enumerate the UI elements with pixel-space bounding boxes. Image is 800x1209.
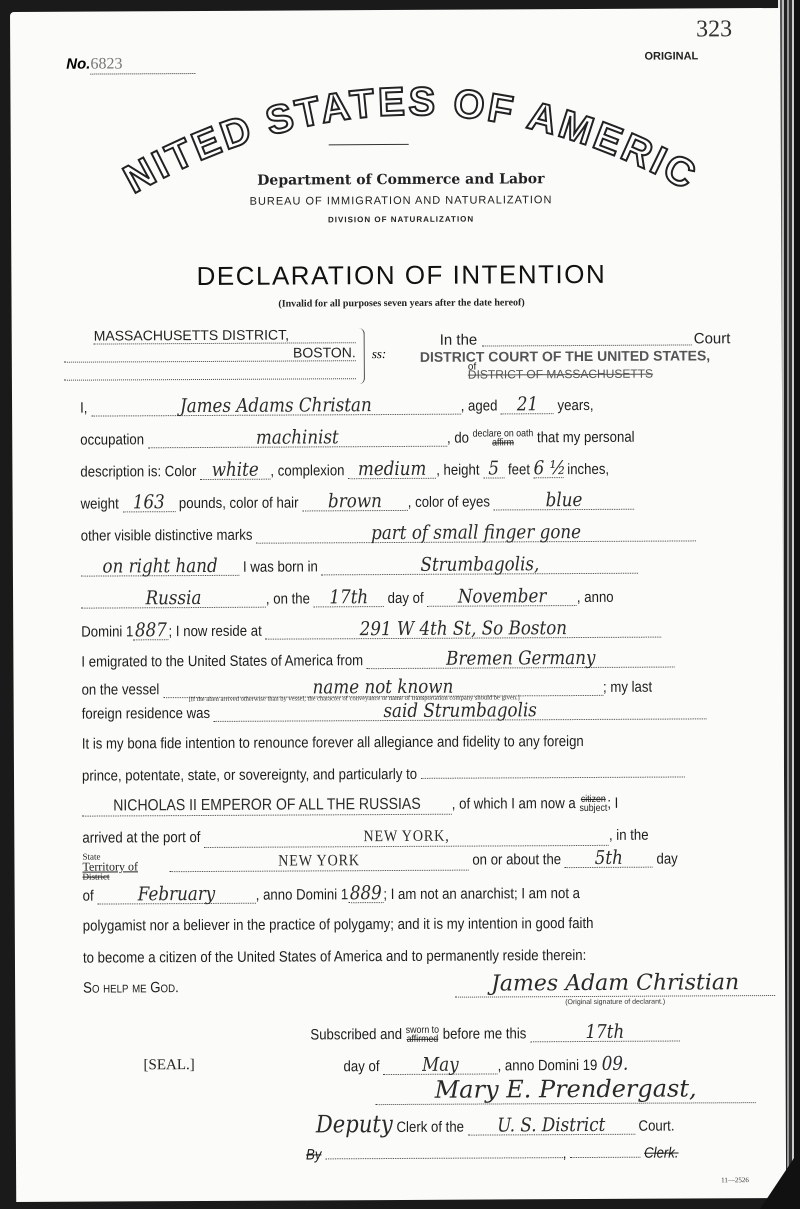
form-title: DECLARATION OF INTENTION xyxy=(11,258,791,293)
signature-caption: (Original signature of declarant.) xyxy=(455,998,775,1007)
state-field: NEW YORK xyxy=(169,852,468,873)
line-allegiance-2: prince, potentate, state, or sovereignty… xyxy=(82,765,680,785)
sovereign-field: NICHOLAS II EMPEROR OF ALL THE RUSSIAS xyxy=(82,796,452,817)
marks-field-1: part of small finger gone xyxy=(256,522,696,543)
occupation-field: machinist xyxy=(148,428,447,449)
line-by: By , Clerk. xyxy=(306,1144,711,1163)
hair-color-field: brown xyxy=(302,492,408,512)
line-born: on right hand I was born in Strumbagolis… xyxy=(81,555,679,577)
form-number: 11—2526 xyxy=(721,1176,749,1184)
arrival-day-field: 5th xyxy=(565,849,653,868)
line-arrival-date: of February, anno Domini 1889; I am not … xyxy=(83,882,681,904)
emigrated-from-field: Bremen Germany xyxy=(367,649,675,670)
clerk-signature: Mary E. Prendergast, xyxy=(376,1074,756,1105)
line-weight: weight 163 pounds, color of hair brown, … xyxy=(81,491,679,513)
clerk-blank-field xyxy=(570,1157,640,1158)
birthplace-field-2: Russia xyxy=(81,589,266,609)
ss-label: ss: xyxy=(372,346,387,362)
venue-district: MASSACHUSETTS DISTRICT, xyxy=(94,326,356,344)
line-port: arrived at the port of NEW YORK,, in the xyxy=(82,826,680,848)
height-inches-field: 6 ½ xyxy=(534,459,564,478)
line-emigrated: I emigrated to the United States of Amer… xyxy=(81,649,679,671)
birthplace-field-1: Strumbagolis, xyxy=(321,555,638,576)
line-allegiance-1: It is my bona fide intention to renounce… xyxy=(82,733,680,753)
document-page: 323 ORIGINAL No.6823 UNITED STATES OF AM… xyxy=(10,8,786,1202)
port-field: NEW YORK, xyxy=(204,827,609,848)
weight-field: 163 xyxy=(122,493,175,512)
age-field: 21 xyxy=(501,395,554,414)
deputy-handwritten: Deputy xyxy=(316,1110,393,1138)
page-number: 323 xyxy=(696,16,732,43)
height-feet-field: 5 xyxy=(483,459,504,478)
sovereign-blank xyxy=(421,776,685,778)
birth-year-field: 887 xyxy=(133,621,168,640)
line-state: NEW YORK on or about the 5th day xyxy=(169,848,697,872)
birth-month-field: November xyxy=(427,587,577,607)
arrival-month-field: February xyxy=(97,885,255,905)
line-description: description is: Color white, complexion … xyxy=(80,459,678,481)
line-subscribed: Subscribed and sworn toaffirmed before m… xyxy=(310,1022,715,1044)
sworn-month-field: May xyxy=(383,1055,497,1075)
page-corner-shadow xyxy=(760,1149,800,1209)
in-the-label: In the xyxy=(440,332,478,349)
court-stamp-1: DISTRICT COURT OF THE UNITED STATES, xyxy=(420,347,710,365)
color-field: white xyxy=(200,461,270,480)
marks-field-2: on right hand xyxy=(81,557,239,577)
declarant-signature: James Adam Christian xyxy=(455,970,775,998)
venue-city: BOSTON. xyxy=(64,344,356,363)
line-clerk-of-court: Deputy Clerk of the U. S. District Court… xyxy=(316,1108,721,1138)
line-name: I, James Adams Christan, aged 21 years, xyxy=(80,395,678,417)
court-stamp-2: DISTRICT OF MASSACHUSETTS xyxy=(468,367,653,382)
birth-day-field: 17th xyxy=(314,588,384,607)
line-foreign-residence: foreign residence was said Strumbagolis xyxy=(82,701,680,723)
line-residence: Domini 1887; I now reside at 291 W 4th S… xyxy=(81,619,679,641)
no-label: No. xyxy=(66,56,90,73)
line-polygamist: polygamist nor a believer in the practic… xyxy=(83,914,681,934)
state-territory-district-labels: State Territory of District xyxy=(82,851,138,881)
original-label: ORIGINAL xyxy=(644,50,698,62)
venue-brace xyxy=(356,328,365,384)
masthead-arc-title: UNITED STATES OF AMERICA xyxy=(110,68,711,211)
by-field xyxy=(325,1157,563,1159)
eye-color-field: blue xyxy=(494,491,635,511)
line-birthdate: Russia, on the 17th day of November, ann… xyxy=(81,587,679,609)
line-sovereign: NICHOLAS II EMPEROR OF ALL THE RUSSIAS, … xyxy=(82,795,680,817)
line-day-of: day of May, anno Domini 1909. xyxy=(343,1054,713,1075)
complexion-field: medium xyxy=(348,460,436,479)
sworn-day-field: 17th xyxy=(530,1023,680,1043)
court-name-field: U. S. District xyxy=(468,1116,635,1136)
division-name: DIVISION OF NATURALIZATION xyxy=(11,213,791,226)
line-citizen: to become a citizen of the United States… xyxy=(83,946,681,966)
seal-label: [SEAL.] xyxy=(143,1057,194,1074)
declarant-name-field: James Adams Christan xyxy=(91,396,461,417)
court-line xyxy=(482,344,692,346)
line-marks: other visible distinctive marks part of … xyxy=(81,523,679,545)
line-occupation: occupation machinist, do declare on oath… xyxy=(80,427,678,450)
foreign-residence-field: said Strumbagolis xyxy=(214,700,707,722)
residence-field: 291 W 4th St, So Boston xyxy=(265,619,661,640)
arrival-year-field: 889 xyxy=(348,884,383,903)
venue-blank-line xyxy=(64,378,356,381)
sworn-year-field: 09. xyxy=(597,1055,632,1073)
court-label: Court xyxy=(694,330,731,347)
form-subtitle: (Invalid for all purposes seven years af… xyxy=(12,296,792,311)
